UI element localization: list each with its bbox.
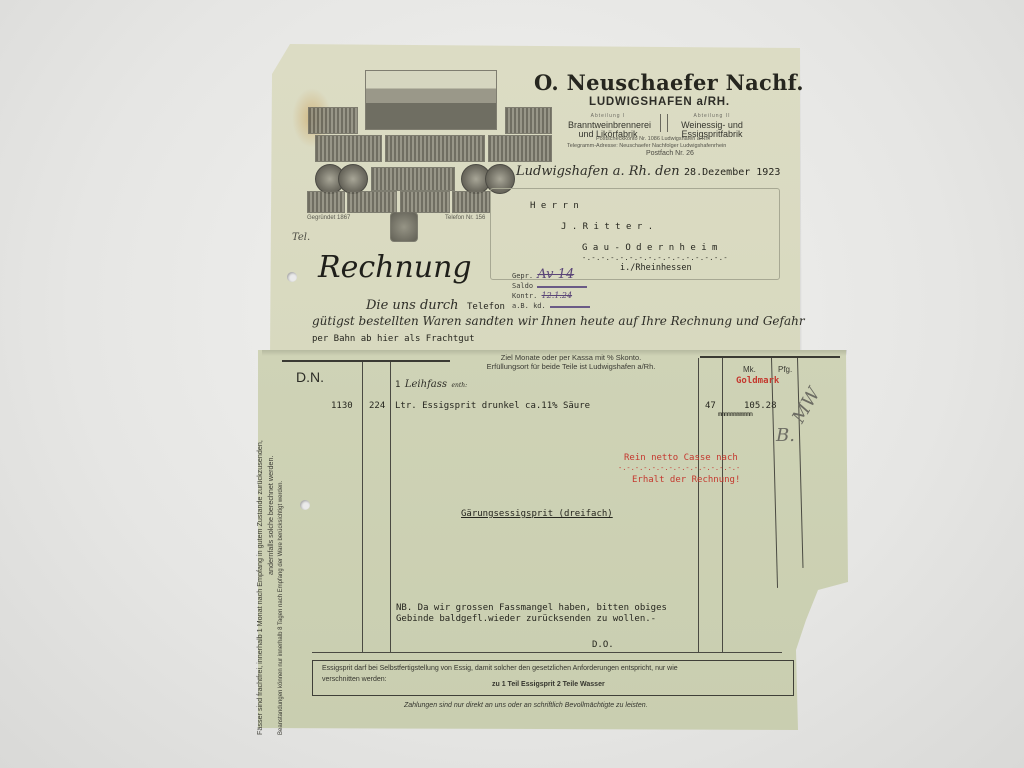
recipient-salutation: H e r r n — [530, 201, 579, 211]
intro-line-2: gütigst bestellten Waren sandten wir Ihn… — [312, 314, 805, 328]
currency-note: Goldmark — [736, 376, 779, 386]
vignette-image — [400, 191, 450, 213]
founded-text: Gegründet 1867 — [307, 215, 350, 221]
row-price: 47 — [705, 401, 716, 411]
stamp-line: Kontr. 12.1.24 — [512, 291, 590, 301]
payment-note-dashes: -.-.-.-.-.-.-.-.-.-.-.-.-.-.- — [618, 464, 740, 472]
date-line: Ludwigshafen a. Rh. den 28.Dezember 1923 — [516, 162, 780, 180]
invoice-date: 28.Dezember 1923 — [684, 167, 780, 178]
pencil-mark: B. — [776, 425, 795, 446]
firm-name: O. Neuschaefer Nachf. — [534, 70, 804, 95]
punch-hole — [287, 272, 297, 282]
column-divider — [390, 362, 391, 652]
stamp-handwriting: 12.1.24 — [542, 291, 573, 300]
mk-header: Mk. — [743, 365, 756, 374]
recipient-town: G a u - O d e r n h e i m — [582, 243, 717, 253]
place-script: Ludwigshafen a. Rh. den — [516, 164, 680, 179]
stamp-handwriting: Av 14 — [537, 267, 574, 282]
header-rule-left — [282, 360, 450, 362]
initials: D.O. — [592, 640, 614, 650]
payment-notice: Zahlungen sind nur direkt an uns oder an… — [404, 702, 648, 709]
department-1: Abteilung I Branntweinbrennerei und Likö… — [568, 112, 648, 139]
stamp-line: a.B. kd. — [512, 301, 590, 311]
row-qty: 224 — [369, 401, 385, 411]
recipient-region: i./Rheinhessen — [620, 263, 692, 273]
payment-note-line1: Rein netto Casse nach — [624, 453, 738, 463]
recipient-town-underline: -.-.-.-.-.-.-.-.-.-.-.-.-.-.-.- — [582, 254, 728, 262]
dept-divider-ornament — [660, 114, 668, 132]
vinegar-notice-line2: verschnitten werden: — [322, 676, 387, 683]
stamp-line: Gepr. Av 14 — [512, 270, 590, 281]
nb-line-1: NB. Da wir grossen Fassmangel haben, bit… — [396, 603, 667, 613]
factory-building-image — [365, 70, 497, 130]
table-bottom-rule — [312, 652, 782, 653]
column-divider — [722, 358, 723, 652]
amount-underline: mmmmmmmmmmm — [718, 411, 752, 418]
tel-label: Tel. — [292, 232, 310, 243]
vignette-image — [452, 191, 491, 213]
barrel-row-image — [371, 167, 455, 191]
intro-line-1: Die uns durch Telefon — [366, 296, 505, 314]
vinegar-notice-line1: Essigsprit darf bei Selbstfertigstellung… — [322, 665, 678, 672]
punch-hole — [300, 500, 310, 510]
dilution-ratio: zu 1 Teil Essigsprit 2 Teile Wasser — [492, 681, 605, 688]
postscheck-text: Postscheckkonto Nr. 1086 Ludwigshafen a.… — [596, 136, 710, 142]
medal-icon — [338, 164, 368, 194]
barrel-cellar-image — [315, 135, 382, 162]
vignette-image — [505, 107, 552, 134]
stamp-line: Saldo — [512, 281, 590, 291]
recipient-name: J . R i t t e r . — [561, 222, 653, 232]
container-line: 1 Leihfass enth: — [395, 374, 467, 392]
firm-city: LUDWIGSHAFEN a/RH. — [589, 96, 730, 108]
vignette-image — [307, 191, 345, 213]
product-note: Gärungsessigsprit (dreifach) — [461, 509, 613, 519]
row-description: Ltr. Essigsprit drunkel ca.11% Säure — [395, 401, 590, 411]
column-divider — [698, 358, 699, 652]
barrel-cellar-image — [385, 135, 485, 162]
telephone-text: Telefon Nr. 156 — [445, 215, 485, 221]
intro-line-3: per Bahn ab hier als Frachtgut — [312, 334, 475, 344]
vignette-image — [308, 107, 358, 134]
dn-label: D.N. — [296, 369, 324, 385]
invoice-title: Rechnung — [318, 250, 472, 285]
barrel-emblem-icon — [390, 212, 418, 242]
control-stamp: Gepr. Av 14 Saldo Kontr. 12.1.24 a.B. kd… — [512, 270, 590, 311]
row-dn: 1130 — [331, 401, 353, 411]
vignette-image — [347, 191, 397, 213]
row-amount: 105.28 — [744, 401, 777, 411]
column-divider — [362, 362, 363, 652]
payment-note-line2: Erhalt der Rechnung! — [632, 475, 740, 485]
department-2: Abteilung II Weinessig- und Essigspritfa… — [672, 112, 752, 139]
barrel-cellar-image — [488, 135, 552, 162]
side-notice: Fässer sind frachtfrei, innerhalb 1 Mona… — [254, 440, 287, 735]
pfg-header: Pfg. — [778, 365, 792, 374]
nb-line-2: Gebinde baldgefl.wieder zurücksenden zu … — [396, 614, 656, 624]
payment-terms: Ziel Monate oder per Kassa mit % Skonto.… — [446, 353, 696, 371]
telegram-text: Telegramm-Adresse: Neuschaefer Nachfolge… — [567, 143, 726, 149]
postfach-text: Postfach Nr. 26 — [646, 150, 694, 157]
